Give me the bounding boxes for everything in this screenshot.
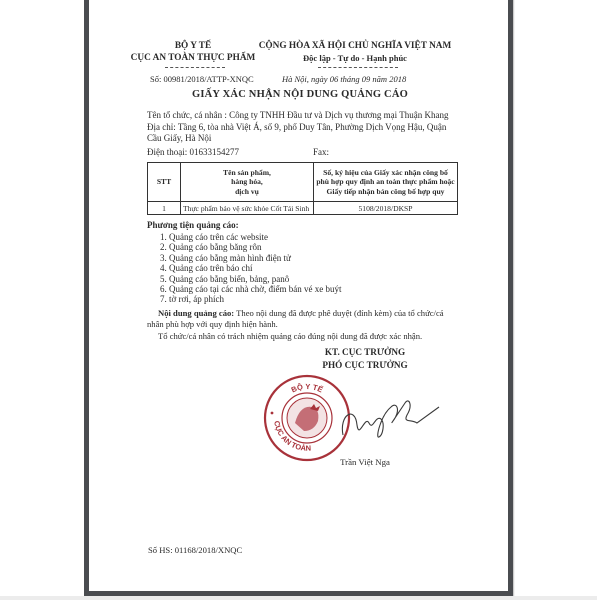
document-date: Hà Nội, ngày 06 tháng 09 năm 2018 [282, 74, 406, 84]
product-table: STT Tên sản phẩm, hàng hóa, dịch vụ Số, … [147, 162, 458, 215]
list-item: 6. Quảng cáo tại các nhà chờ, điểm bán v… [160, 284, 341, 294]
responsibility-statement: Tổ chức/cá nhân có trách nhiệm quảng cáo… [158, 331, 422, 342]
issuer-header: BỘ Y TẾ CỤC AN TOÀN THỰC PHẨM [128, 40, 258, 64]
organization-name: Tên tổ chức, cá nhân : Công ty TNHH Đầu … [147, 110, 449, 121]
header-line: Giấy tiếp nhận bản công bố hợp quy [316, 187, 455, 197]
list-item: 4. Quảng cáo trên báo chí [160, 263, 341, 273]
header-line: phù hợp quy định an toàn thực phẩm hoặc [316, 177, 455, 187]
header-divider-left [165, 67, 225, 68]
header-line: Số, ký hiệu của Giấy xác nhận công bố [316, 168, 455, 178]
header-certificate: Số, ký hiệu của Giấy xác nhận công bố ph… [314, 163, 458, 202]
file-number: Số HS: 01168/2018/XNQC [148, 545, 242, 555]
media-label: Phương tiện quảng cáo: [147, 220, 239, 230]
signature-title-1: KT. CỤC TRƯỞNG [300, 347, 430, 357]
header-line: hàng hóa, [183, 177, 311, 187]
national-header: CỘNG HÒA XÃ HỘI CHỦ NGHĨA VIỆT NAM Độc l… [250, 40, 460, 64]
cell-product-name: Thực phẩm bảo vệ sức khỏe Cốt Tái Sinh [181, 202, 314, 215]
cell-stt: 1 [148, 202, 181, 215]
handwritten-signature [335, 385, 445, 445]
fax-number: Fax: [313, 147, 329, 157]
content-text: Theo nội dung đã được phê duyệt (đính kè… [234, 308, 443, 318]
list-item: 5. Quảng cáo bằng biển, bảng, panô [160, 274, 341, 284]
content-paragraph-cont: nhân phù hợp với quy định hiện hành. [147, 319, 278, 330]
address-line-2: Cầu Giấy, Hà Nội [147, 133, 211, 144]
header-divider-right [318, 67, 398, 68]
ministry-name: BỘ Y TẾ [128, 40, 258, 52]
list-item: 1. Quảng cáo trên các website [160, 232, 341, 242]
signature-title-2: PHÓ CỤC TRƯỞNG [300, 360, 430, 370]
signer-name: Trần Việt Nga [300, 457, 430, 467]
national-motto: Độc lập - Tự do - Hạnh phúc [250, 52, 460, 64]
content-paragraph: Nội dung quảng cáo: Theo nội dung đã đượ… [158, 308, 444, 319]
bottom-strip [0, 596, 597, 600]
national-title: CỘNG HÒA XÃ HỘI CHỦ NGHĨA VIỆT NAM [250, 40, 460, 52]
header-stt: STT [148, 163, 181, 202]
header-line: dịch vụ [183, 187, 311, 197]
document-viewer: BỘ Y TẾ CỤC AN TOÀN THỰC PHẨM CỘNG HÒA X… [0, 0, 597, 600]
phone-number: Điện thoại: 01633154277 [147, 147, 239, 158]
list-item: 2. Quảng cáo bằng băng rôn [160, 242, 341, 252]
cell-certificate: 5108/2018/DKSP [314, 202, 458, 215]
media-list: 1. Quảng cáo trên các website 2. Quảng c… [160, 232, 341, 305]
header-product-name: Tên sản phẩm, hàng hóa, dịch vụ [181, 163, 314, 202]
document-number: Số: 00981/2018/ATTP-XNQC [150, 74, 254, 84]
document-title: GIẤY XÁC NHẬN NỘI DUNG QUẢNG CÁO [120, 89, 480, 100]
department-name: CỤC AN TOÀN THỰC PHẨM [128, 52, 258, 64]
table-row: 1 Thực phẩm bảo vệ sức khỏe Cốt Tái Sinh… [148, 202, 458, 215]
list-item: 7. tờ rơi, áp phích [160, 294, 341, 304]
address-line-1: Địa chỉ: Tầng 6, tòa nhà Việt Á, số 9, p… [147, 122, 446, 133]
header-line: Tên sản phẩm, [183, 168, 311, 178]
list-item: 3. Quảng cáo bằng màn hình điện tử [160, 253, 341, 263]
content-label: Nội dung quảng cáo: [158, 308, 234, 318]
table-header-row: STT Tên sản phẩm, hàng hóa, dịch vụ Số, … [148, 163, 458, 202]
